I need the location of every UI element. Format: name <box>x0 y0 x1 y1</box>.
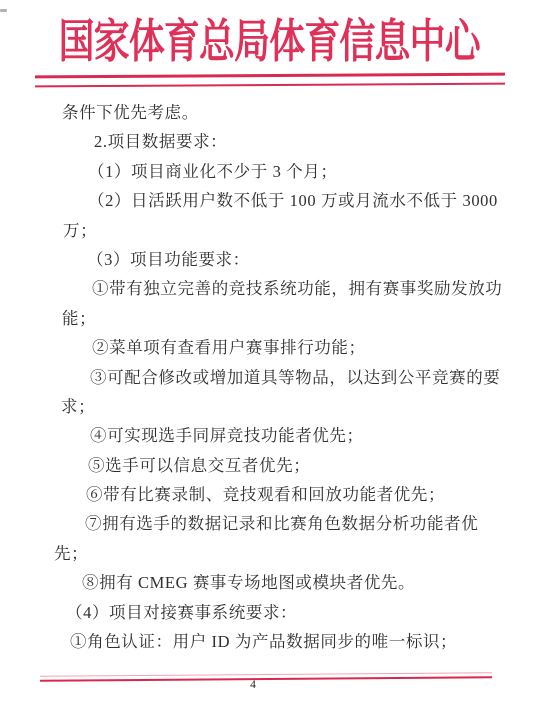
body-line: ④可实现选手同屏竞技功能者优先； <box>0 421 533 450</box>
body-line: ①角色认证：用户 ID 为产品数据同步的唯一标识； <box>0 627 533 656</box>
body-line: （3）项目功能要求： <box>0 245 533 274</box>
body-line: 2.项目数据要求： <box>0 127 533 156</box>
scan-artifact <box>0 9 7 12</box>
body-line: （4）项目对接赛事系统要求： <box>0 598 533 627</box>
body-line: ⑤选手可以信息交互者优先； <box>0 451 533 480</box>
body-line: 能； <box>0 304 533 333</box>
body-line: ①带有独立完善的竞技系统功能，拥有赛事奖励发放功 <box>0 274 533 303</box>
letterhead-org-title: 国家体育总局体育信息中心 <box>59 13 475 71</box>
body-line: ②菜单项有查看用户赛事排行功能； <box>0 333 533 362</box>
body-line: ⑧拥有 CMEG 赛事专场地图或模块者优先。 <box>0 568 533 597</box>
body-line: （1）项目商业化不少于 3 个月； <box>0 157 533 186</box>
body-line: ⑦拥有选手的数据记录和比赛角色数据分析功能者优 <box>0 509 533 538</box>
body-line: ⑥带有比赛录制、竞技观看和回放功能者优先； <box>0 480 533 509</box>
body-line: 先； <box>0 539 533 568</box>
body-line: 万； <box>0 216 533 245</box>
body-line: （2）日活跃用户数不低于 100 万或月流水不低于 3000 <box>0 186 533 215</box>
body-line: 条件下优先考虑。 <box>0 98 533 127</box>
page-number: 4 <box>0 679 506 691</box>
body-line: 求； <box>0 392 533 421</box>
body-line: ③可配合修改或增加道具等物品，以达到公平竞赛的要 <box>0 363 533 392</box>
document-body: 条件下优先考虑。 2.项目数据要求： （1）项目商业化不少于 3 个月； （2）… <box>0 98 533 656</box>
letterhead-double-rule <box>35 73 505 88</box>
scanned-document-page: 国家体育总局体育信息中心 条件下优先考虑。 2.项目数据要求： （1）项目商业化… <box>0 0 533 712</box>
